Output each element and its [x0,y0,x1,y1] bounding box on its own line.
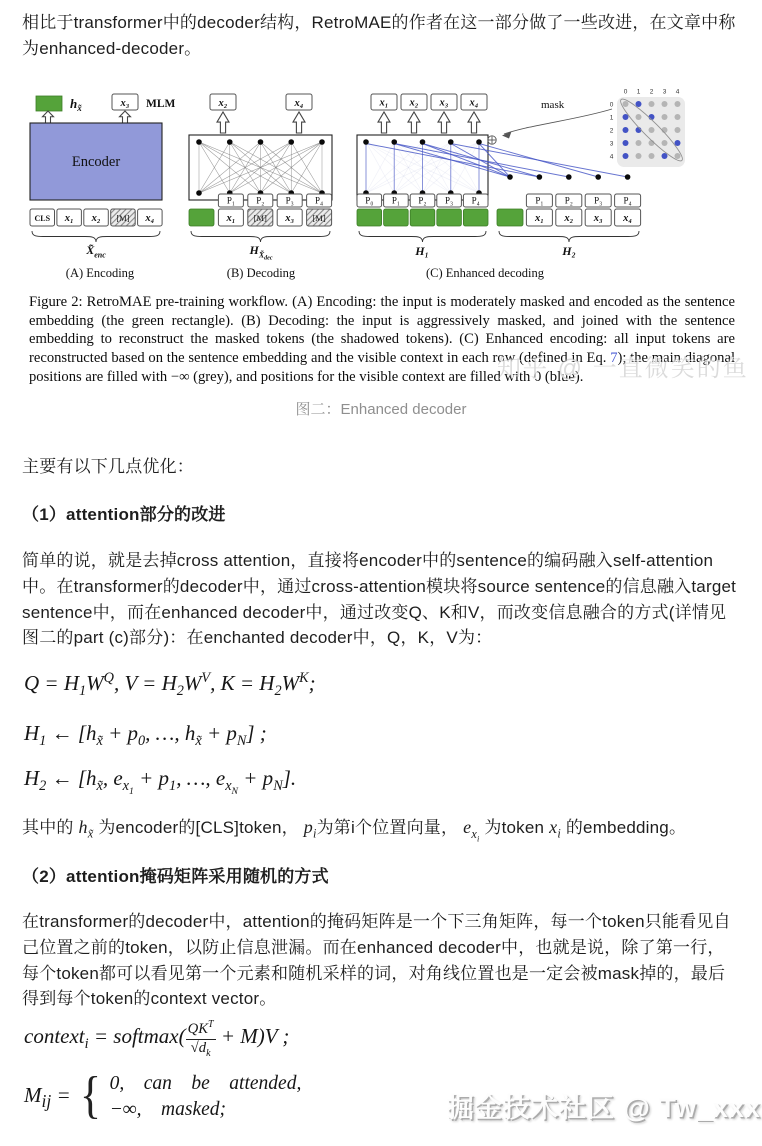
position-label: P₀ [365,196,373,206]
panel-b-caption: (B) Decoding [227,266,296,280]
brace [499,231,639,242]
token-label: [M] [312,213,325,223]
matrix-dot-masked [675,101,681,107]
inline-math: exi [463,817,479,837]
position-label: P₂ [418,196,426,206]
token-label: x₁ [379,98,389,109]
node-dot [448,139,454,145]
h2-dot [566,174,572,180]
h2-dot [625,174,631,180]
position-label: P₄ [315,196,323,206]
inline-math: pi [304,817,317,837]
matrix-col-label: 2 [650,89,654,96]
matrix-dot-visible [662,153,668,159]
encoder-label: Encoder [72,154,120,170]
section-2-heading: （2）attention掩码矩阵采用随机的方式 [22,864,741,890]
up-arrow [293,112,305,133]
matrix-row-label: 3 [610,140,614,147]
up-arrow [217,112,229,133]
formula-context: contexti = softmax(QKT√dk + M)V ; [24,1018,289,1058]
sentence-embedding-box [463,209,488,226]
position-label: P₄ [472,196,480,206]
node-dot [196,139,202,145]
token-label: x₄ [469,98,479,109]
position-label: P₂ [565,196,573,206]
h1-position-row: P₀P₁P₂P₃P₄ [357,194,488,207]
matrix-dot-masked [662,140,668,146]
matrix-dot-masked [636,114,642,120]
position-label: P₃ [594,196,602,206]
mij-lhs: Mij = [24,1083,71,1112]
h2-dot [507,174,513,180]
embedding-label: hx̃ [70,96,82,113]
token-label: x₂ [409,98,419,109]
matrix-dot-masked [636,153,642,159]
intro-paragraph: 相比于transformer中的decoder结构，RetroMAE的作者在这一… [22,10,741,62]
up-arrow [43,111,54,123]
token-label: x₂ [563,213,573,224]
output-token-label: x₄ [294,98,304,109]
mlm-label: MLM [146,98,176,110]
decoder-input-tokens: x₁[M]x₃[M] [189,209,332,226]
cases-brace: { [80,1071,101,1120]
position-label: P₃ [445,196,453,206]
up-arrow [378,112,390,133]
sentence-embedding-box [497,209,523,226]
matrix-dot-masked [675,153,681,159]
node-dot [420,139,426,145]
attention-paragraph: 简单的说，就是去掉cross attention，直接将encoder中的sen… [22,548,741,651]
h2-label: H₂ [561,244,576,258]
token-label: x₁ [64,213,74,224]
position-label: P₃ [286,196,294,206]
token-label: x₃ [439,98,449,109]
token-label: x₂ [91,213,101,224]
token-label: x₄ [144,213,154,224]
output-token-label: x₃ [120,98,130,109]
h2-token-row: x₁x₂x₃x₄ [497,209,641,226]
node-dot [288,139,294,145]
panel-a-caption: (A) Encoding [66,266,135,280]
brace [359,231,486,242]
case-masked: −∞, masked; [110,1098,302,1122]
node-dot [227,139,233,145]
matrix-row-label: 0 [610,101,614,108]
cases-lines: 0, can be attended, −∞, masked; [110,1072,302,1123]
article-page: 相比于transformer中的decoder结构，RetroMAE的作者在这一… [0,0,762,1146]
up-arrow [468,112,480,133]
sentence-embedding-box [357,209,382,226]
watermark-juejin: 掘金技术社区 @ Tw_xxxx [447,1086,762,1125]
mask-matrix: 0123401234 [610,89,688,168]
matrix-dot-visible [623,140,629,146]
mask-label: mask [541,99,565,111]
matrix-dot-masked [649,127,655,133]
sentence-embedding-box [384,209,409,226]
matrix-dot-visible [623,153,629,159]
h2-dot [537,174,543,180]
encoder-input-tokens: CLSx₁x₂[M]x₄ [30,209,162,226]
matrix-dot-visible [675,140,681,146]
formula-h1: H1 ← [hx̃ + p0, …, hx̃ + pN] ; [24,721,267,750]
node-dot [319,139,325,145]
matrix-dot-masked [662,101,668,107]
matrix-dot-masked [675,127,681,133]
matrix-col-label: 1 [637,89,641,96]
token-label: [M] [254,213,267,223]
h2-dot [595,174,601,180]
up-arrow [120,111,131,123]
brace [32,231,160,242]
token-label: x₄ [622,213,632,224]
section-1-heading: （1）attention部分的改进 [22,502,741,528]
where-paragraph: 其中的 hx̃ 为encoder的[CLS]token， pi为第i个位置向量，… [22,814,741,846]
sentence-embedding-box [437,209,462,226]
panel-c-caption: (C) Enhanced decoding [426,266,545,280]
mask-paragraph: 在transformer的decoder中，attention的掩码矩阵是一个下… [22,909,741,1012]
mask-arrowhead [502,132,512,139]
matrix-col-label: 3 [663,89,667,96]
matrix-col-label: 0 [624,89,628,96]
matrix-dot-visible [636,101,642,107]
token-label: x₃ [284,213,294,224]
token-label: x₃ [593,213,603,224]
output-tokens: x₁x₂x₃x₄ [371,94,487,110]
figure-retromae-workflow: hx̃ x₃ MLM Encoder CLSx₁x₂[M]x₄ X̃enc (A… [0,85,762,285]
position-label: P₁ [535,196,543,206]
sentence-embedding-box [36,96,62,111]
up-arrow [408,112,420,133]
formula-mij: Mij = { 0, can be attended, −∞, masked; [24,1072,301,1123]
mask-arrow [504,109,612,134]
panel-c-enhanced-decoding: x₁x₂x₃x₄ mask P₀P₁P₂P₃P₄ P₁P₂P₃P₄ x₁x₂x₃… [357,94,641,280]
matrix-dot-masked [675,114,681,120]
position-label: P₄ [624,196,632,206]
matrix-row-label: 2 [610,127,614,134]
matrix-dot-masked [662,114,668,120]
matrix-dot-visible [623,114,629,120]
sentence-embedding-box [410,209,435,226]
figure-label: 图二：Enhanced decoder [0,398,762,419]
matrix-dot-masked [623,101,629,107]
token-label: x₁ [225,213,235,224]
node-dot [196,190,202,196]
oplus-icon [488,136,496,144]
h2-position-row: P₁P₂P₃P₄ [526,194,640,207]
node-dot [391,139,397,145]
matrix-dot-masked [649,153,655,159]
position-label: P₁ [392,196,400,206]
matrix-row-label: 4 [610,153,614,160]
matrix-dot-masked [636,140,642,146]
token-label: CLS [34,214,50,223]
inline-math: xi [549,817,561,837]
watermark-zhihu: 知乎 @ 一直微笑的鱼 [497,348,749,383]
sentence-embedding-box [189,209,214,226]
case-attended: 0, can be attended, [110,1072,302,1096]
node-dot [363,139,369,145]
position-label: P₂ [256,196,264,206]
brace [191,231,330,242]
formula-h2: H2 ← [hx̃, ex1 + p1, …, exN + pN]. [24,766,296,797]
matrix-col-label: 4 [676,89,680,96]
position-label: P₁ [227,196,235,206]
up-arrow [438,112,450,133]
output-token-label: x₂ [218,98,228,109]
h1-token-row [357,209,488,226]
matrix-dot-masked [649,101,655,107]
token-label: [M] [116,213,129,223]
panel-b-decoding: x₂ x₄ P₁P₂P₃P₄ x₁[M]x₃[M] HX̃dec (B) Dec… [189,94,332,280]
panel-a-encoding: hx̃ x₃ MLM Encoder CLSx₁x₂[M]x₄ X̃enc (A… [30,94,176,280]
token-label: x₁ [534,213,544,224]
node-dot [476,139,482,145]
matrix-dot-visible [623,127,629,133]
h-xdec-label: HX̃dec [248,243,272,262]
matrix-row-label: 1 [610,114,614,121]
h1-label: H₁ [414,244,429,258]
formula-qkv: Q = H1WQ, V = H2WV, K = H2WK; [24,670,316,700]
inline-math: hx̃ [79,817,94,837]
node-dot [258,139,264,145]
x-enc-label: X̃enc [85,243,106,260]
optimize-paragraph: 主要有以下几点优化： [22,454,741,480]
